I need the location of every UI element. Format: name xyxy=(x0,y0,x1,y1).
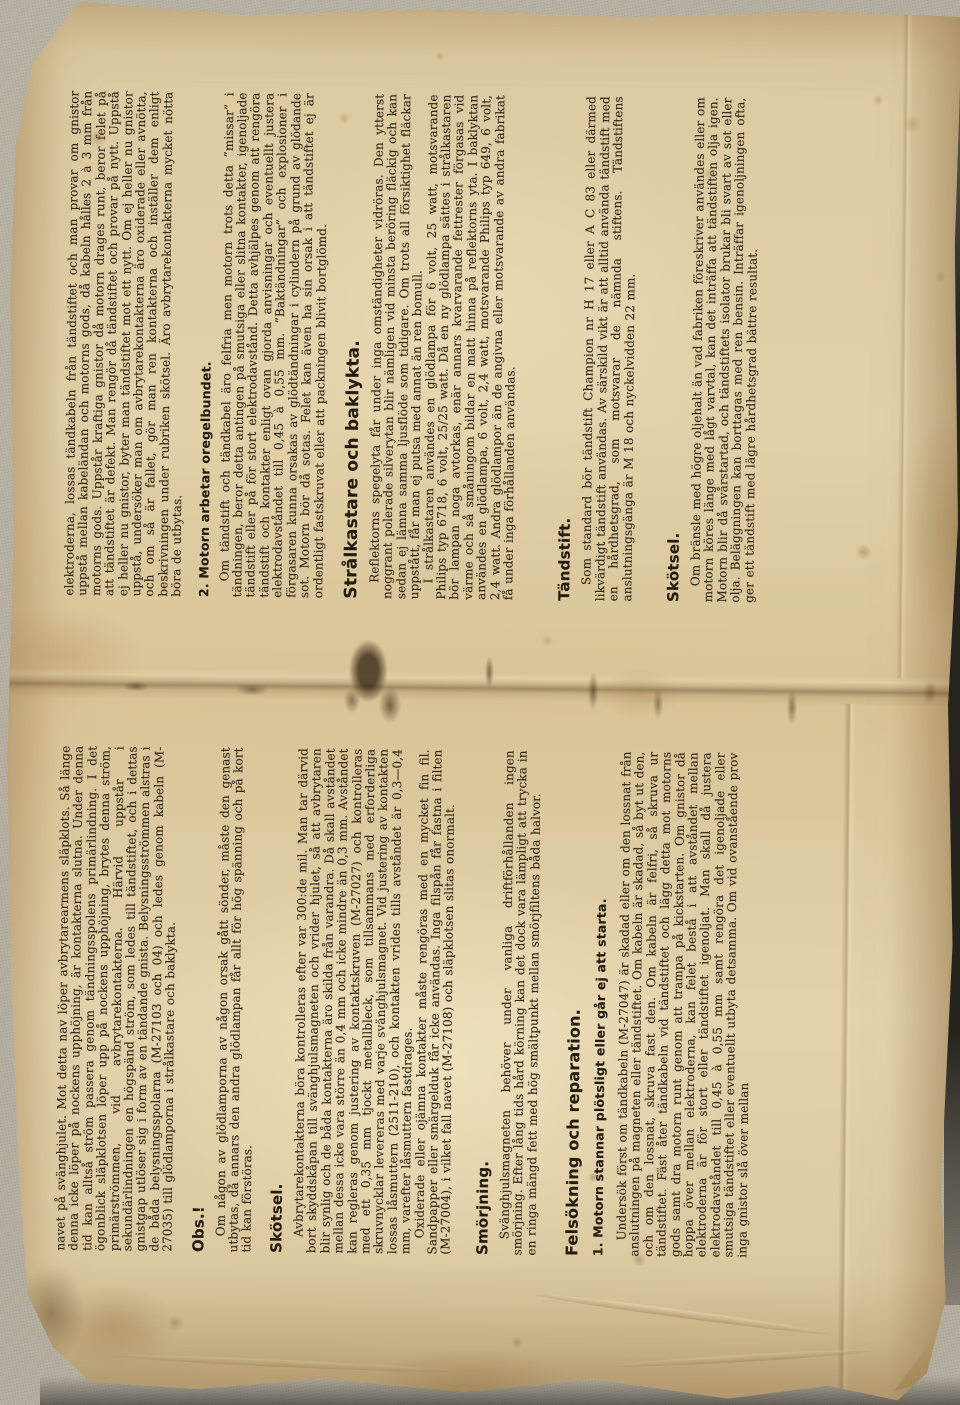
paragraph-reflektorns-spegelyta: Reflektorns spegelyta får under inga oms… xyxy=(368,94,427,600)
paragraph-bransle-oljehalt: Om bränsle med högre oljehalt än vad fab… xyxy=(689,97,761,603)
page-left-content: navet på svänghjulet. Mot detta nav löpe… xyxy=(54,746,754,1258)
paragraph-glodlampa-typer: I strålkastaren användes en glödlampa fö… xyxy=(422,94,521,600)
paragraph-smorjning: Svänghjulsmagneten behöver under vanliga… xyxy=(498,750,544,1255)
page-right-content: elektroderna, lossas tändkabeln från tän… xyxy=(63,91,761,603)
paragraph-glodlampor: Om någon av glödlamporna av någon orsak … xyxy=(214,747,260,1252)
photo-tilt-wrapper: navet på svänghjulet. Mot detta nav löpe… xyxy=(0,0,960,1405)
paragraph-magneto-continuation: navet på svänghjulet. Mot detta nav löpe… xyxy=(54,746,180,1252)
rotated-document: navet på svänghjulet. Mot detta nav löpe… xyxy=(0,0,960,1405)
heading-tandstift: Tändstift. xyxy=(555,96,578,601)
paper-sheet: navet på svänghjulet. Mot detta nav löpe… xyxy=(0,0,960,1405)
heading-skotsel-left: Skötsel. xyxy=(267,748,290,1253)
paragraph-elektroderna-continuation: elektroderna, lossas tändkabeln från tän… xyxy=(63,91,189,597)
heading-felsokning: Felsökning och reparation. xyxy=(562,751,586,1256)
paragraph-oxiderade-kontakter: Oxiderade eller ojämna kontakter måste r… xyxy=(413,749,459,1254)
paragraph-undersok-tandkabeln: Undersök först om tändkabeln (M-27047) ä… xyxy=(615,751,754,1257)
subheading-motorn-stannar: 1. Motorn stannar plötsligt eller går ej… xyxy=(590,751,610,1256)
subheading-motorn-oregelbundet: 2. Motorn arbetar oregelbundet. xyxy=(196,92,216,597)
paragraph-tandstift-standard: Som standard bör tändstift Champion nr H… xyxy=(580,96,639,602)
heading-skotsel-right: Skötsel. xyxy=(664,97,687,602)
paragraph-avbrytarekontakter: Avbrytarekontakterna böra kontrolleras e… xyxy=(292,748,418,1254)
heading-stralkastare-baklykta: Strålkastare och baklykta. xyxy=(341,94,366,599)
paragraph-missar-i-tandningen: Om tändstift och tändkabel äro felfria m… xyxy=(218,92,331,598)
page-left: navet på svänghjulet. Mot detta nav löpe… xyxy=(0,685,960,1405)
page-right: elektroderna, lossas tändkabeln från tän… xyxy=(0,0,960,695)
heading-smorjning: Smörjning. xyxy=(473,750,496,1255)
heading-obs: Obs.! xyxy=(189,747,212,1252)
